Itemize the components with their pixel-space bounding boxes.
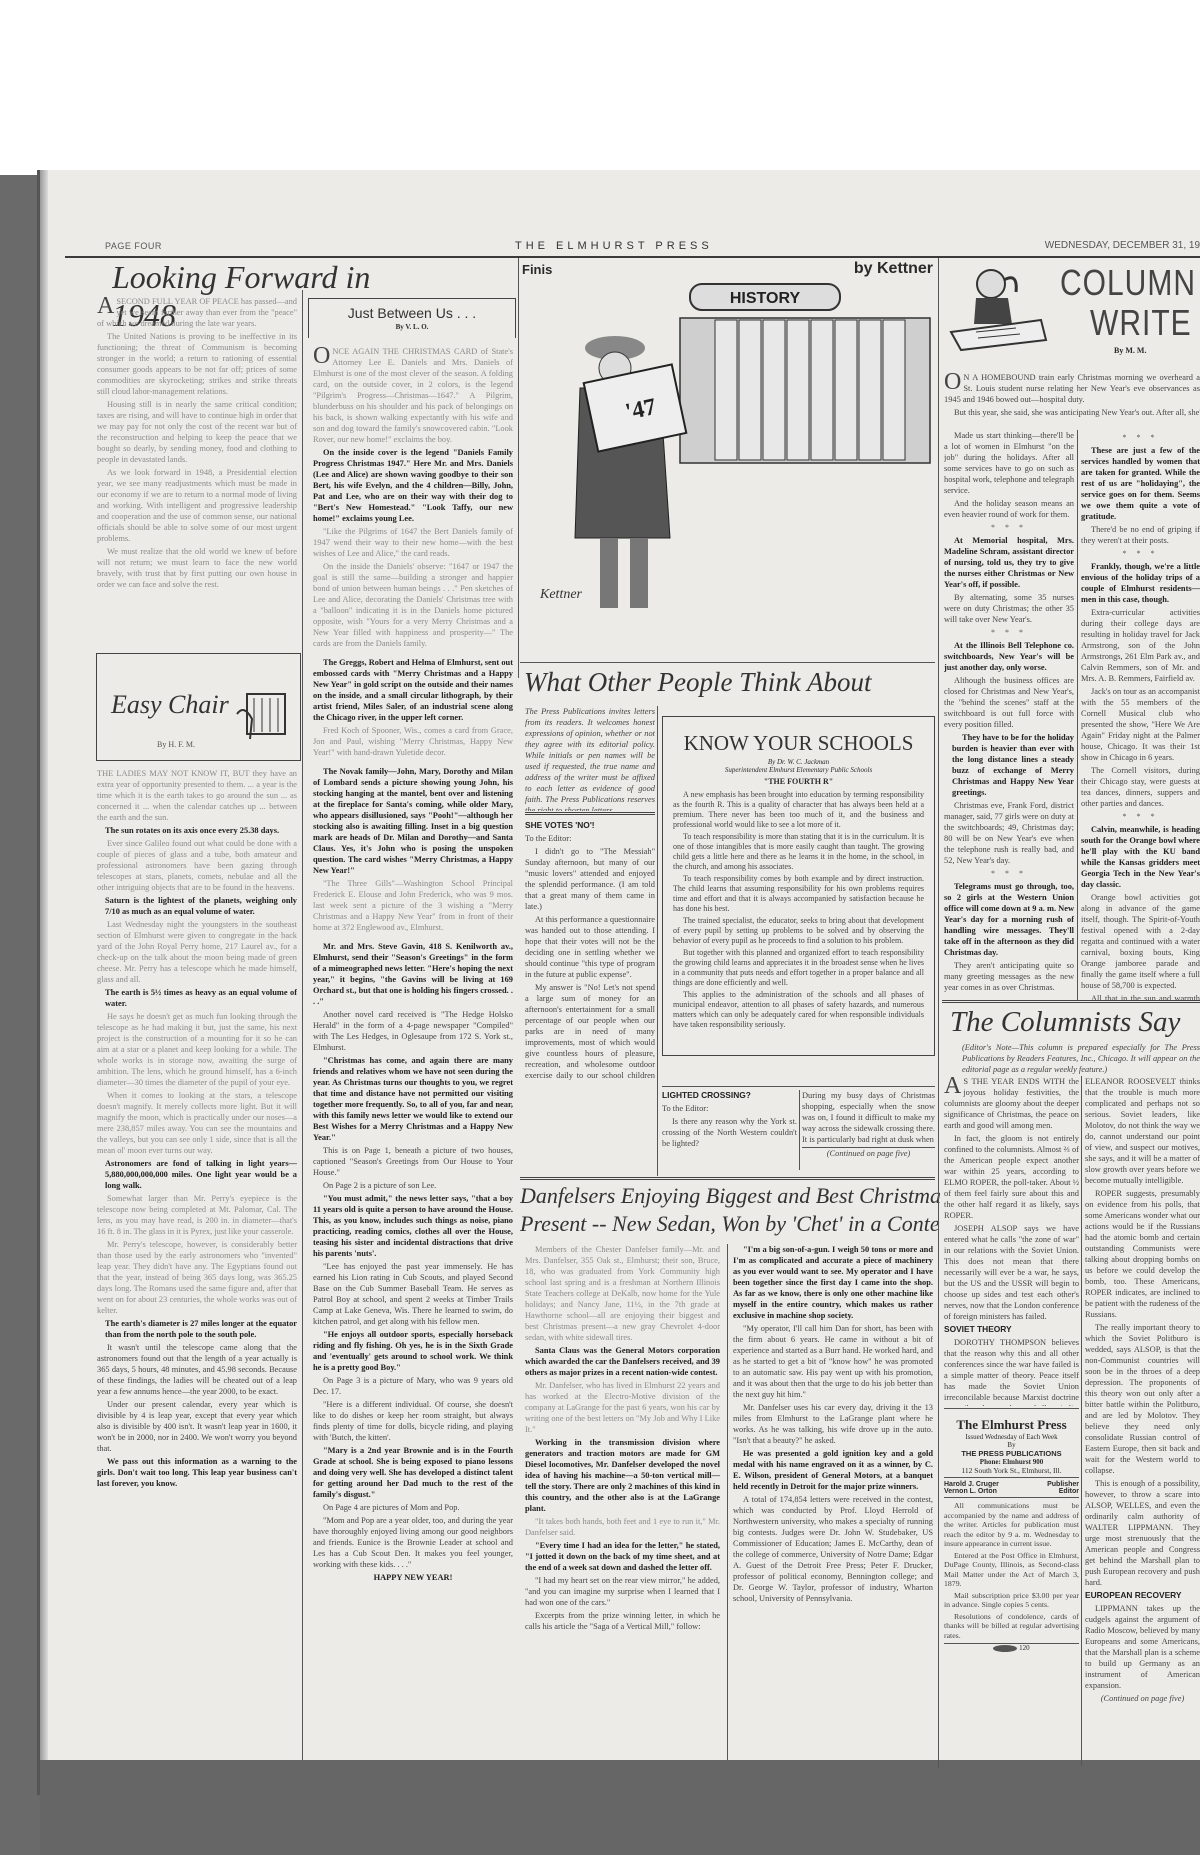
column-divider [1081,1076,1082,1766]
scan-bottom-margin [40,1760,1200,1855]
column-divider [799,1090,800,1170]
know-your-schools-title: KNOW YOUR SCHOOLS [663,731,934,756]
happy-new-year: HAPPY NEW YEAR! [313,1572,513,1583]
column-divider [727,1244,728,1760]
danfelser-body-col2: "I'm a big son-of-a-gun. I weigh 50 tons… [733,1244,933,1764]
danfelser-body-col1: Members of the Chester Danfelser family—… [525,1244,720,1764]
section-divider [662,1086,935,1087]
staff-row-publisher: Harold J. Cruger Publisher [944,1481,1079,1488]
column-write-col2: * * * These are just a few of the servic… [1081,430,1200,1000]
columnists-say-title: The Columnists Say [950,1004,1200,1040]
just-between-us-body: ONCE AGAIN THE CHRISTMAS CARD of State's… [313,346,513,1736]
column-write-lead: ON A HOMEBOUND train early Christmas mor… [944,372,1200,418]
editorial-body: ASECOND FULL YEAR OF PEACE has passed—an… [97,296,297,636]
know-your-schools-box: KNOW YOUR SCHOOLS By Dr. W. C. Jackman S… [662,716,935,1056]
paper-name: THE ELMHURST PRESS [515,240,713,252]
cartoon-artist: by Kettner [854,260,933,278]
letters-intro: The Press Publications invites letters f… [525,706,655,811]
letters-section-title: What Other People Think About [524,665,944,699]
column-divider [938,258,939,1768]
easy-chair-byline: By H. F. M. [157,740,195,749]
cartoon-illustration: HISTORY '47 Kettner [520,278,935,658]
letter-she-votes-no: SHE VOTES 'NO'! To the Editor: I didn't … [525,820,655,1080]
svg-text:Kettner: Kettner [539,587,583,602]
just-between-us-title: Just Between Us . . . [309,305,515,321]
writer-illustration-icon [946,262,1051,354]
union-bug-icon [993,1645,1017,1652]
easy-chair-body: THE LADIES MAY NOT KNOW IT, BUT they hav… [97,768,297,1768]
column-write-title-2: WRITE [1090,304,1192,345]
section-divider [520,662,935,663]
publication-name: The Elmhurst Press [944,1417,1079,1433]
staff-list: Harold J. Cruger Publisher Vernon L. Ort… [944,1481,1079,1498]
section-divider [942,1000,1200,1003]
column-write-title-1: COLUMN [1060,264,1196,305]
union-label: 120 [944,1643,1079,1652]
columnists-say-note: (Editor's Note—This column is prepared e… [952,1042,1200,1074]
easy-chair-title: Easy Chair [111,690,229,720]
column-divider [518,258,519,678]
danfelser-headline: Danfelsers Enjoying Biggest and Best Chr… [520,1182,940,1238]
letter-lighted-crossing: LIGHTED CROSSING? To the Editor: Is ther… [662,1090,797,1176]
svg-text:HISTORY: HISTORY [730,290,801,307]
just-between-us-byline: By V. L. O. [309,323,515,331]
continued-note: (Continued on page five) [802,1147,935,1159]
armchair-icon [232,684,292,744]
staff-row-editor: Vernon L. Orton Editor [944,1488,1079,1498]
column-write-header: COLUMN WRITE By M. M. [942,262,1200,362]
know-your-schools-byline: By Dr. W. C. Jackman [663,758,934,766]
know-your-schools-subtitle: "THE FOURTH R" [663,777,934,786]
column-divider [657,706,658,1176]
masthead: PAGE FOUR THE ELMHURST PRESS WEDNESDAY, … [65,238,1200,258]
cartoon-finis: Finis by Kettner HISTORY '47 Kettner [520,258,935,658]
publication-info-box: The Elmhurst Press Issued Wednesday of E… [944,1408,1079,1748]
columnists-say-col2: ELEANOR ROOSEVELT thinks that the troubl… [1085,1076,1200,1766]
column-divider [302,290,303,1760]
editorial-dropcap: A [97,296,114,316]
issue-date: WEDNESDAY, DECEMBER 31, 19 [1045,240,1200,251]
easy-chair-header-box: Easy Chair By H. F. M. [96,653,301,761]
column-write-byline: By M. M. [1114,346,1146,355]
cartoon-title: Finis [522,262,552,277]
page-label: PAGE FOUR [105,241,162,251]
column-divider [1077,430,1078,1000]
section-divider [520,1177,935,1180]
columnists-say-col1: AS THE YEAR ENDS WITH the joyous holiday… [944,1076,1079,1406]
just-between-us-header: Just Between Us . . . By V. L. O. [308,298,516,338]
column-write-col1: Made us start thinking—there'll be a lot… [944,430,1074,1000]
scan-top-margin [0,0,1200,175]
letters-divider [525,812,655,815]
know-your-schools-position: Superintendent Elmhurst Elementary Publi… [663,766,934,774]
letter-lighted-crossing-cont: During my busy days of Christmas shoppin… [802,1090,935,1176]
